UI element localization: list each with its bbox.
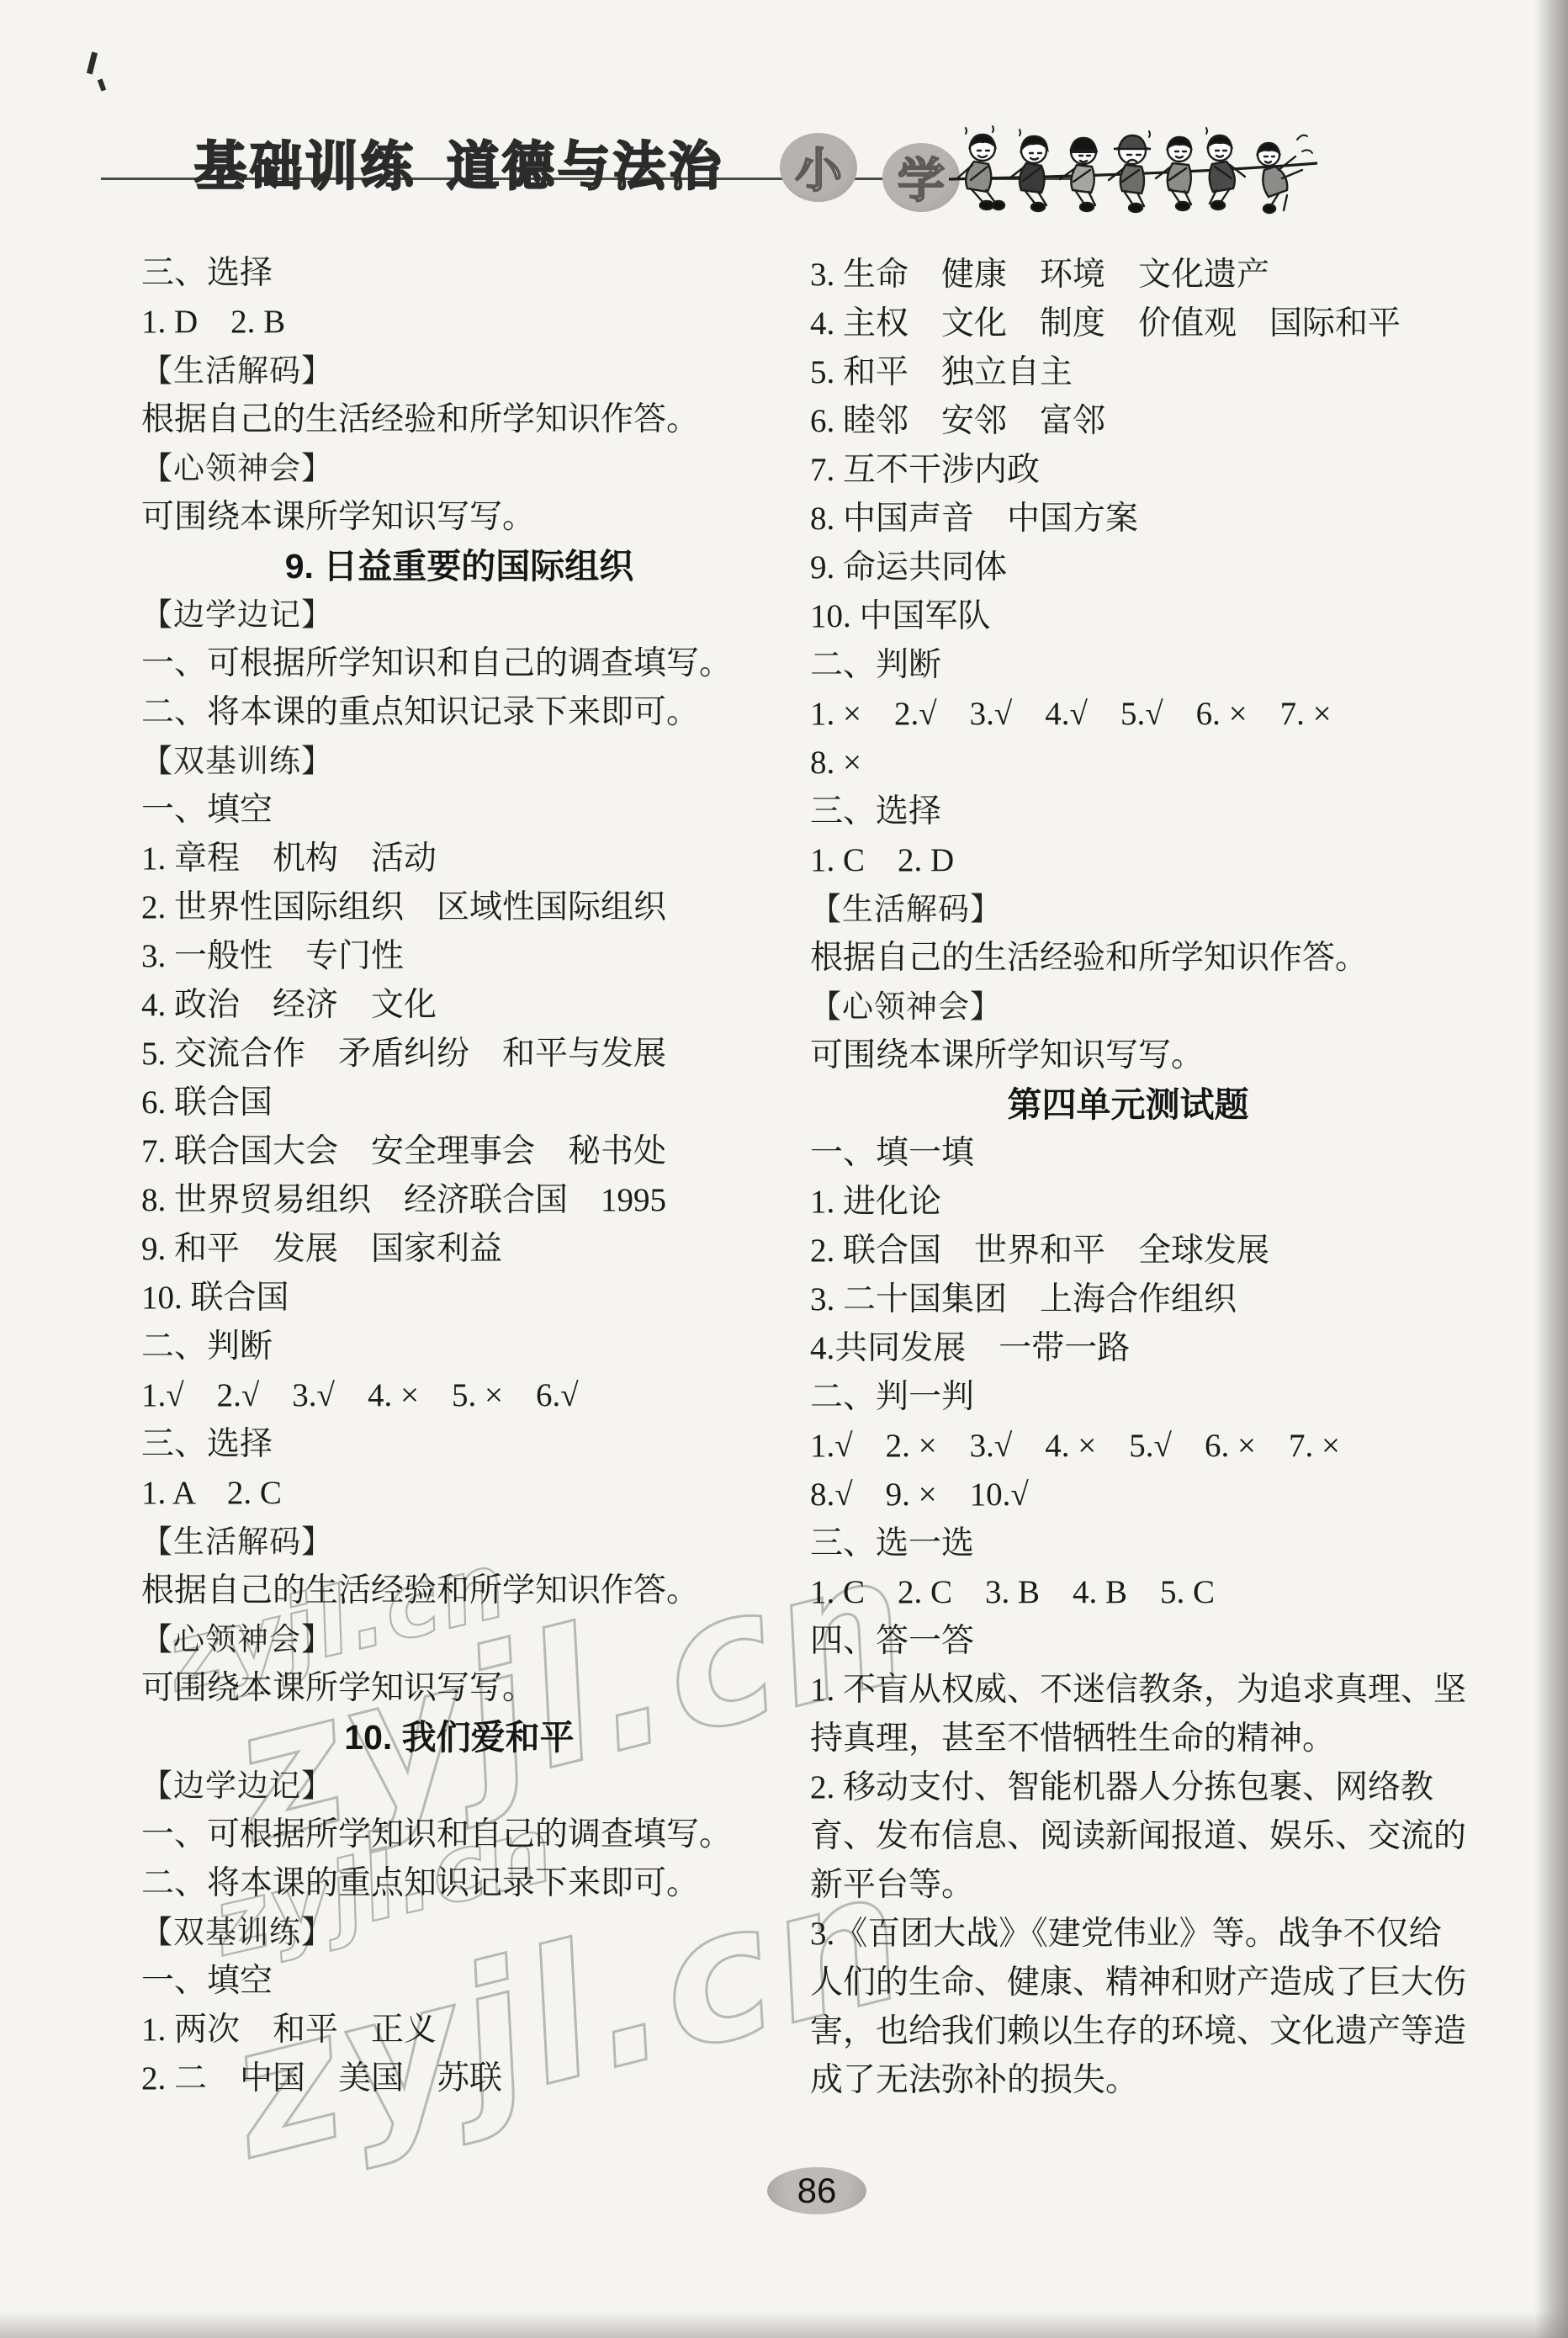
workbook-answer-page: 基础训练 道德与法治 小 学 [0,0,1568,2338]
answer-line: 1. A 2. C [141,1469,777,1518]
lesson-title: 第四单元测试题 [810,1080,1446,1129]
answer-line: 8. 世界贸易组织 经济联合国 1995 [141,1176,777,1225]
section-tag: 【生活解码】 [141,347,777,395]
section-tag: 【边学边记】 [141,591,777,639]
answer-line: 10. 中国军队 [810,592,1446,641]
answer-line: 8.√ 9. × 10.√ [810,1471,1446,1519]
answer-line: 三、选择 [141,1420,777,1469]
scan-speck [98,78,106,91]
answer-line: 二、判断 [810,641,1446,690]
answer-line: 四、答一答 [810,1617,1446,1666]
answer-line: 一、填空 [141,1957,777,2006]
answer-line: 害，也给我们赖以生存的环境、文化遗产等造 [810,2007,1446,2056]
answer-line: 2. 二 中国 美国 苏联 [141,2054,777,2103]
answer-line: 4. 主权 文化 制度 价值观 国际和平 [810,300,1446,348]
answer-line: 2. 世界性国际组织 区域性国际组织 [141,883,777,932]
answer-line: 1.√ 2.√ 3.√ 4. × 5. × 6.√ [141,1371,777,1420]
answer-line: 4.共同发展 一带一路 [810,1324,1446,1373]
tug-of-war-kids-illustration [949,103,1317,251]
answer-line: 3. 一般性 专门性 [141,932,777,981]
answer-line: 4. 政治 经济 文化 [141,981,777,1030]
answer-line: 二、将本课的重点知识记录下来即可。 [141,1859,777,1908]
answer-line: 9. 和平 发展 国家利益 [141,1225,777,1274]
section-tag: 【生活解码】 [141,1518,777,1567]
answer-line: 3.《百团大战》《建党伟业》等。战争不仅给 [810,1910,1446,1959]
answers-column-left: 三、选择1. D 2. B【生活解码】根据自己的生活经验和所学知识作答。【心领神… [141,249,777,2103]
answer-line: 3. 生命 健康 环境 文化遗产 [810,251,1446,300]
section-tag: 【生活解码】 [810,885,1446,934]
answers-column-right: 3. 生命 健康 环境 文化遗产4. 主权 文化 制度 价值观 国际和平5. 和… [810,251,1446,2105]
answer-line: 1. × 2.√ 3.√ 4.√ 5.√ 6. × 7. × [810,690,1446,739]
answer-line: 2. 移动支付、智能机器人分拣包裹、网络教 [810,1763,1446,1812]
lesson-title: 9. 日益重要的国际组织 [141,542,777,591]
answer-line: 可围绕本课所学知识写写。 [810,1031,1446,1080]
section-tag: 【心领神会】 [141,1615,777,1664]
answer-line: 一、可根据所学知识和自己的调查填写。 [141,1810,777,1859]
answer-line: 一、可根据所学知识和自己的调查填写。 [141,639,777,688]
answer-line: 6. 联合国 [141,1079,777,1127]
answer-line: 10. 联合国 [141,1274,777,1323]
answer-line: 1. 进化论 [810,1178,1446,1227]
answer-line: 根据自己的生活经验和所学知识作答。 [141,395,777,444]
subject-title: 道德与法治 [447,141,724,200]
section-tag: 【心领神会】 [810,983,1446,1031]
answer-line: 3. 二十国集团 上海合作组织 [810,1275,1446,1324]
scan-edge-shadow-right [1534,0,1568,2338]
answer-line: 1. 章程 机构 活动 [141,835,777,883]
answer-line: 持真理，甚至不惜牺牲生命的精神。 [810,1715,1446,1763]
answer-line: 7. 互不干涉内政 [810,446,1446,495]
answer-line: 1. D 2. B [141,298,777,347]
section-tag: 【双基训练】 [141,1908,777,1957]
answer-line: 育、发布信息、阅读新闻报道、娱乐、交流的 [810,1812,1446,1861]
answer-line: 人们的生命、健康、精神和财产造成了巨大伤 [810,1959,1446,2007]
answer-line: 根据自己的生活经验和所学知识作答。 [810,934,1446,983]
answer-line: 三、选择 [810,787,1446,836]
answer-line: 一、填空 [141,786,777,835]
answer-line: 6. 睦邻 安邻 富邻 [810,397,1446,446]
answer-line: 1. C 2. D [810,836,1446,885]
answer-line: 可围绕本课所学知识写写。 [141,493,777,542]
answer-line: 1. C 2. C 3. B 4. B 5. C [810,1568,1446,1617]
answer-line: 7. 联合国大会 安全理事会 秘书处 [141,1127,777,1176]
grade-badge-xiao: 小 [780,133,857,202]
answer-line: 1.√ 2. × 3.√ 4. × 5.√ 6. × 7. × [810,1422,1446,1471]
section-tag: 【心领神会】 [141,444,777,493]
answer-line: 5. 和平 独立自主 [810,348,1446,397]
series-title: 基础训练 [194,141,416,200]
answer-line: 三、选择 [141,249,777,298]
answer-line: 9. 命运共同体 [810,543,1446,592]
answer-line: 一、填一填 [810,1129,1446,1178]
answer-line: 成了无法弥补的损失。 [810,2056,1446,2105]
answer-line: 8. 中国声音 中国方案 [810,495,1446,543]
answer-line: 二、判一判 [810,1373,1446,1422]
answer-line: 2. 联合国 世界和平 全球发展 [810,1227,1446,1275]
scan-edge-shadow-bottom [0,2311,1568,2338]
scan-speck [87,52,98,75]
answer-line: 二、将本课的重点知识记录下来即可。 [141,688,777,737]
answer-line: 1. 两次 和平 正义 [141,2006,777,2054]
answer-line: 5. 交流合作 矛盾纠纷 和平与发展 [141,1030,777,1079]
answer-line: 新平台等。 [810,1861,1446,1910]
answer-line: 二、判断 [141,1323,777,1371]
answer-line: 8. × [810,739,1446,787]
lesson-title: 10. 我们爱和平 [141,1713,777,1762]
answer-line: 三、选一选 [810,1519,1446,1568]
section-tag: 【边学边记】 [141,1762,777,1810]
section-tag: 【双基训练】 [141,737,777,786]
answer-line: 根据自己的生活经验和所学知识作答。 [141,1567,777,1615]
answer-line: 可围绕本课所学知识写写。 [141,1664,777,1713]
page-number-badge: 86 [767,2167,866,2214]
answer-line: 1. 不盲从权威、不迷信教条，为追求真理、坚 [810,1666,1446,1715]
